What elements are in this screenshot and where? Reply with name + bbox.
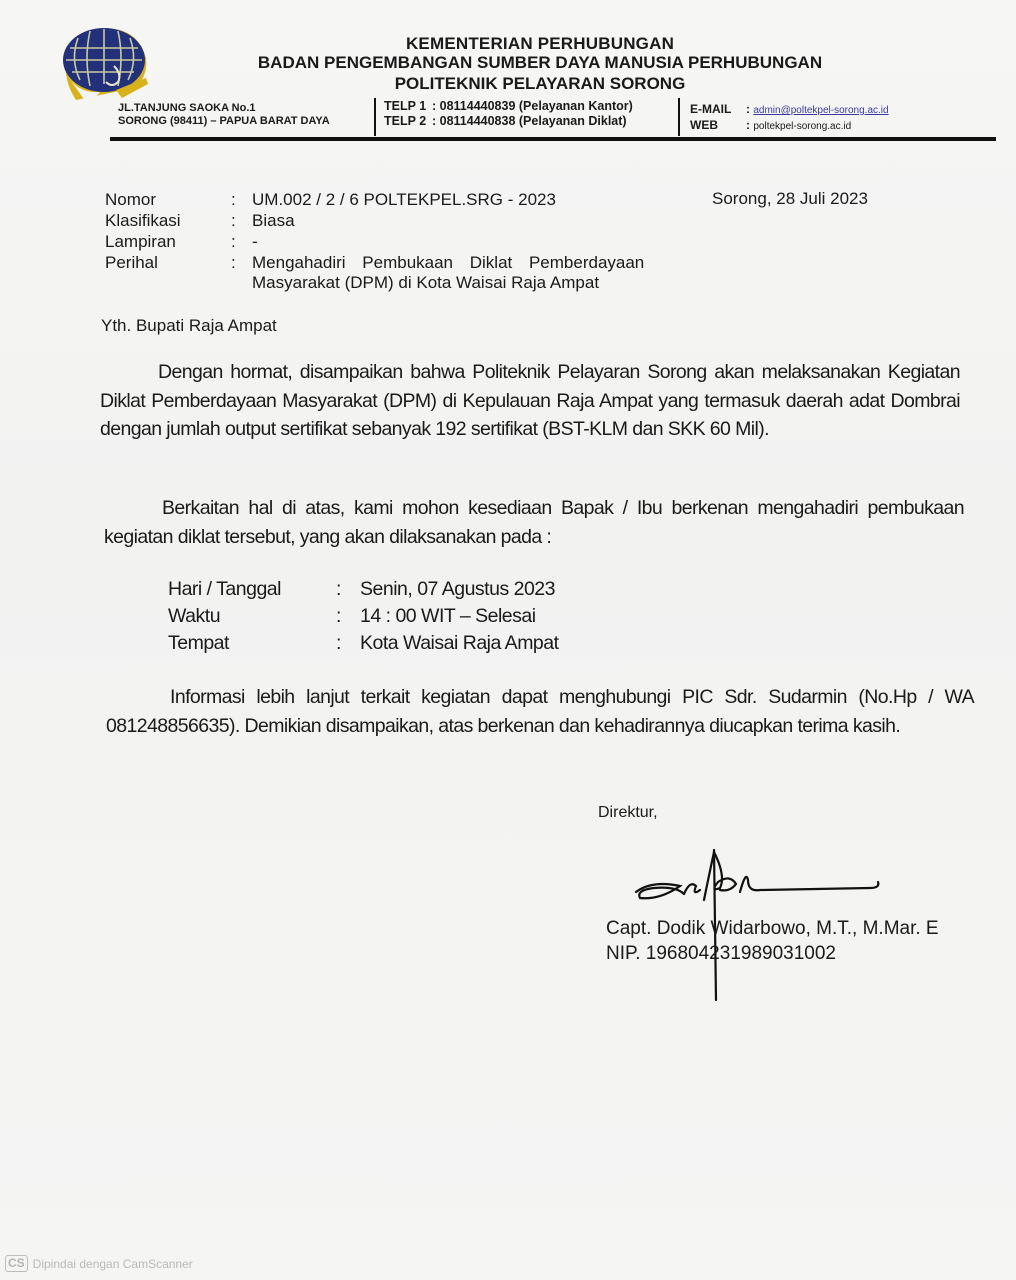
signer-name: Capt. Dodik Widarbowo, M.T., M.Mar. E	[606, 916, 939, 941]
address-line-2: SORONG (98411) – PAPUA BARAT DAYA	[118, 115, 330, 128]
scanned-letter-page: KEMENTERIAN PERHUBUNGAN BADAN PENGEMBANG…	[0, 0, 1016, 1280]
paragraph-2: Berkaitan hal di atas, kami mohon kesedi…	[104, 494, 964, 551]
paragraph-3: Informasi lebih lanjut terkait kegiatan …	[106, 683, 974, 740]
contact-block: E-MAIL: admin@poltekpel-sorong.ac.id WEB…	[690, 102, 889, 134]
camscanner-watermark: CS Dipindai dengan CamScanner	[5, 1255, 193, 1272]
kemenhub-logo-icon	[56, 22, 152, 108]
signer-nip: NIP. 196804231989031002	[606, 941, 939, 966]
email-row: E-MAIL: admin@poltekpel-sorong.ac.id	[690, 102, 889, 118]
web-row: WEB: poltekpel-sorong.ac.id	[690, 118, 889, 134]
watermark-text: Dipindai dengan CamScanner	[33, 1257, 193, 1271]
divider	[374, 98, 376, 136]
ministry-name: KEMENTERIAN PERHUBUNGAN	[150, 34, 930, 54]
institution-name: POLITEKNIK PELAYARAN SORONG	[150, 74, 930, 94]
address-block: JL.TANJUNG SAOKA No.1 SORONG (98411) – P…	[118, 102, 330, 128]
signer-block: Capt. Dodik Widarbowo, M.T., M.Mar. E NI…	[606, 916, 939, 966]
web-link[interactable]: poltekpel-sorong.ac.id	[753, 121, 851, 132]
signer-position: Direktur,	[598, 804, 658, 822]
phone-1: TELP 1: 08114440839 (Pelayanan Kantor)	[384, 99, 633, 114]
address-line-1: JL.TANJUNG SAOKA No.1	[118, 102, 330, 115]
letterhead-rule	[110, 137, 996, 141]
agency-name: BADAN PENGEMBANGAN SUMBER DAYA MANUSIA P…	[150, 53, 930, 73]
phone-block: TELP 1: 08114440839 (Pelayanan Kantor) T…	[384, 99, 633, 129]
paragraph-1: Dengan hormat, disampaikan bahwa Politek…	[100, 358, 960, 444]
recipient: Yth. Bupati Raja Ampat	[101, 316, 277, 336]
divider	[678, 98, 680, 136]
phone-2: TELP 2: 08114440838 (Pelayanan Diklat)	[384, 114, 633, 129]
place-date: Sorong, 28 Juli 2023	[712, 189, 868, 209]
camscanner-logo-icon: CS	[5, 1255, 28, 1272]
email-link[interactable]: admin@poltekpel-sorong.ac.id	[753, 105, 888, 116]
